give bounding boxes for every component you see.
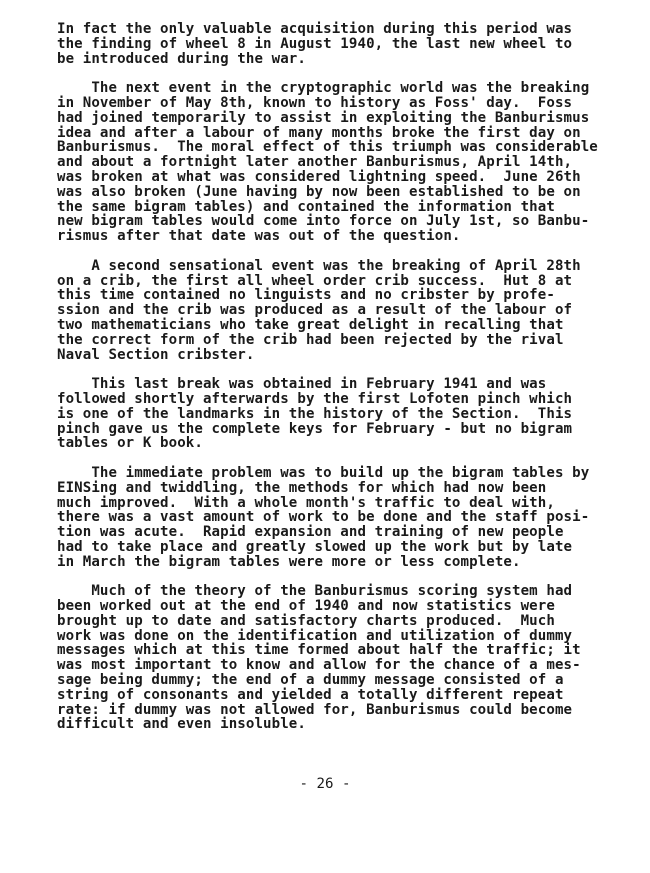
text-line: In fact the only valuable acquisition du…: [57, 22, 637, 37]
text-line: there was a vast amount of work to be do…: [57, 510, 637, 525]
text-line: string of consonants and yielded a total…: [57, 688, 637, 703]
text-line: work was done on the identification and …: [57, 629, 637, 644]
text-line: the correct form of the crib had been re…: [57, 333, 637, 348]
text-line: A second sensational event was the break…: [57, 259, 637, 274]
text-line: new bigram tables would come into force …: [57, 214, 637, 229]
text-line: this time contained no linguists and no …: [57, 288, 637, 303]
text-line: on a crib, the first all wheel order cri…: [57, 274, 637, 289]
text-line: ssion and the crib was produced as a res…: [57, 303, 637, 318]
paragraph: This last break was obtained in February…: [57, 377, 637, 451]
text-line: difficult and even insoluble.: [57, 717, 637, 732]
text-line: had to take place and greatly slowed up …: [57, 540, 637, 555]
text-line: Banburismus. The moral effect of this tr…: [57, 140, 637, 155]
text-line: the same bigram tables) and contained th…: [57, 200, 637, 215]
text-line: two mathematicians who take great deligh…: [57, 318, 637, 333]
text-line: is one of the landmarks in the history o…: [57, 407, 637, 422]
paragraph: Much of the theory of the Banburismus sc…: [57, 584, 637, 732]
paragraph: The immediate problem was to build up th…: [57, 466, 637, 570]
text-line: tables or K book.: [57, 436, 637, 451]
text-line: was also broken (June having by now been…: [57, 185, 637, 200]
text-line: pinch gave us the complete keys for Febr…: [57, 422, 637, 437]
text-line: The next event in the cryptographic worl…: [57, 81, 637, 96]
text-line: EINSing and twiddling, the methods for w…: [57, 481, 637, 496]
text-line: much improved. With a whole month's traf…: [57, 496, 637, 511]
text-line: rate: if dummy was not allowed for, Banb…: [57, 703, 637, 718]
text-line: sage being dummy; the end of a dummy mes…: [57, 673, 637, 688]
page-number: - 26 -: [0, 776, 650, 792]
text-line: in March the bigram tables were more or …: [57, 555, 637, 570]
text-line: The immediate problem was to build up th…: [57, 466, 637, 481]
text-line: Naval Section cribster.: [57, 348, 637, 363]
text-line: This last break was obtained in February…: [57, 377, 637, 392]
body-text: In fact the only valuable acquisition du…: [57, 22, 637, 747]
paragraph: A second sensational event was the break…: [57, 259, 637, 363]
document-page: In fact the only valuable acquisition du…: [0, 0, 650, 873]
text-line: was broken at what was considered lightn…: [57, 170, 637, 185]
text-line: been worked out at the end of 1940 and n…: [57, 599, 637, 614]
text-line: in November of May 8th, known to history…: [57, 96, 637, 111]
text-line: brought up to date and satisfactory char…: [57, 614, 637, 629]
text-line: tion was acute. Rapid expansion and trai…: [57, 525, 637, 540]
paragraph: The next event in the cryptographic worl…: [57, 81, 637, 244]
text-line: was most important to know and allow for…: [57, 658, 637, 673]
paragraph: In fact the only valuable acquisition du…: [57, 22, 637, 66]
text-line: followed shortly afterwards by the first…: [57, 392, 637, 407]
text-line: idea and after a labour of many months b…: [57, 126, 637, 141]
text-line: and about a fortnight later another Banb…: [57, 155, 637, 170]
text-line: the finding of wheel 8 in August 1940, t…: [57, 37, 637, 52]
text-line: be introduced during the war.: [57, 52, 637, 67]
text-line: Much of the theory of the Banburismus sc…: [57, 584, 637, 599]
text-line: had joined temporarily to assist in expl…: [57, 111, 637, 126]
text-line: messages which at this time formed about…: [57, 643, 637, 658]
text-line: rismus after that date was out of the qu…: [57, 229, 637, 244]
